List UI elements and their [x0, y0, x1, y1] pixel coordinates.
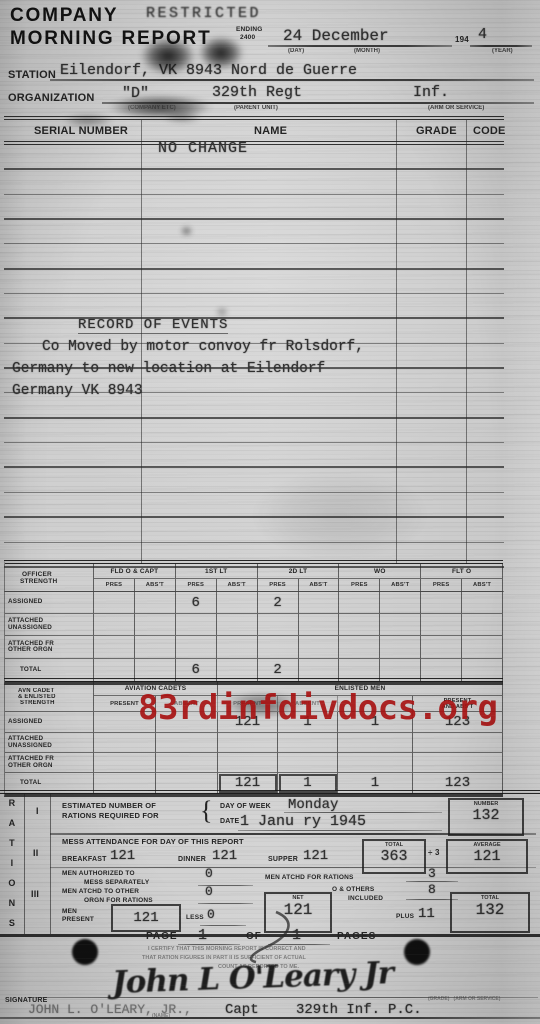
officer-cell [258, 614, 299, 636]
watermark-text: 83rdinfdivdocs.org [138, 688, 497, 728]
abst-header: ABS'T [135, 579, 176, 592]
date-underline [268, 45, 452, 47]
wo-others-label-l1: O & OTHERS [332, 886, 374, 893]
month-caption: (MONTH) [354, 48, 380, 54]
pres-header: PRES [339, 579, 380, 592]
rations-letter: O [8, 878, 15, 888]
average-box: AVERAGE 121 [446, 839, 528, 874]
officer-cell [217, 636, 258, 659]
officer-cell [176, 614, 217, 636]
scan-shadow [250, 470, 430, 560]
date-underline2 [238, 830, 442, 831]
atchd-rations-label: MEN ATCHD FOR RATIONS [265, 874, 354, 881]
day-of-week-value: Monday [288, 797, 338, 813]
row-label-attached-unassigned: ATTACHED UNASSIGNED [5, 733, 94, 753]
cadet-cell [218, 733, 278, 753]
ink-smudge [140, 37, 196, 75]
officer-cell [380, 592, 421, 614]
cadet-header-l3: STRENGTH [20, 700, 55, 706]
pages-label: PAGES [337, 931, 376, 942]
form-title-line1: COMPANY [10, 5, 118, 27]
officer-cell: 6 [176, 592, 217, 614]
row-label-text: OTHER ORGN [8, 763, 53, 770]
plus-value: 11 [418, 906, 435, 922]
officer-cell [339, 614, 380, 636]
part-i-numeral: I [36, 806, 39, 816]
cadet-cell [338, 733, 413, 753]
abst-header: ABS'T [299, 579, 340, 592]
row-label-text: UNASSIGNED [8, 625, 52, 632]
officer-cell [421, 592, 462, 614]
wo-others-label-l2: INCLUDED [348, 895, 383, 902]
atchd-rations-value: 3 [428, 866, 436, 881]
cadet-cell [94, 733, 156, 753]
officer-strength-header-l2: STRENGTH [20, 578, 57, 585]
year-prefix: 194 [455, 35, 469, 44]
plus-label: PLUS [396, 913, 414, 920]
rations-divider [24, 794, 25, 934]
rations-letter: A [9, 818, 16, 828]
mess-sep-label-l1: MEN AUTHORIZED TO [62, 870, 135, 877]
year-underline [470, 45, 532, 47]
officer-cell [217, 592, 258, 614]
officer-cell [94, 636, 135, 659]
less-value: 0 [207, 907, 215, 922]
pres-header: PRES [421, 579, 462, 592]
roster-divider [466, 120, 467, 564]
cadet-cell [218, 753, 278, 773]
rations-side-label: R A T I O N S [3, 798, 21, 928]
officer-strength-table: OFFICER STRENGTH FLD O & CAPT 1ST LT 2D … [4, 560, 503, 685]
number-box: NUMBER 132 [448, 798, 524, 836]
part-iii-numeral: III [31, 889, 39, 899]
row-label-attached-fr-other: ATTACHED FR OTHER ORGN [5, 753, 94, 773]
atchd-other-label-l1: MEN ATCHD TO OTHER [62, 888, 139, 895]
organization-label: ORGANIZATION [8, 92, 95, 104]
restricted-stamp: RESTRICTED [146, 5, 261, 22]
punch-hole-right [404, 939, 430, 965]
group-header: FLT O [421, 564, 503, 579]
ruled-row [4, 195, 504, 220]
group-header: FLD O & CAPT [94, 564, 176, 579]
officer-cell [380, 614, 421, 636]
cadet-cell [278, 753, 338, 773]
ruled-row [4, 270, 504, 294]
ending-time: 2400 [240, 34, 255, 41]
row-label-assigned: ASSIGNED [5, 592, 94, 614]
rations-letter: I [11, 858, 14, 868]
number-box-value: 132 [472, 807, 499, 824]
morning-report-scan: COMPANY MORNING REPORT RESTRICTED ENDING… [0, 0, 540, 1024]
name-header: NAME [254, 125, 287, 137]
men-present-box: 121 [111, 904, 181, 932]
ruled-row [4, 468, 504, 492]
day-caption: (DAY) [288, 48, 304, 54]
brace-glyph: { [200, 796, 212, 826]
abst-header: ABS'T [380, 579, 421, 592]
roster-entry-no-change: NO CHANGE [158, 140, 248, 157]
mess-sep-label-l2: MESS SEPARATELY [84, 879, 149, 886]
page-label: PAGE [146, 931, 178, 942]
cadet-cell [413, 733, 503, 753]
officer-cell: 2 [258, 592, 299, 614]
pres-header: PRES [94, 579, 135, 592]
abst-header: ABS'T [462, 579, 503, 592]
ink-dot [181, 227, 192, 235]
officer-cell [462, 636, 503, 659]
estimated-label-l2: RATIONS REQUIRED FOR [62, 811, 159, 820]
officer-cell [462, 592, 503, 614]
supper-value: 121 [303, 848, 328, 864]
officer-cell [258, 636, 299, 659]
ink-smudge [62, 114, 114, 127]
officer-cell [135, 592, 176, 614]
wo-others-value: 8 [428, 882, 436, 897]
rations-letter: T [9, 838, 15, 848]
men-present-label-l1: MEN [62, 908, 77, 915]
group-header: 1ST LT [176, 564, 258, 579]
cadet-cell [156, 733, 218, 753]
handwritten-signature: John L O'Leary Jr [111, 955, 393, 1001]
ink-smudge [198, 36, 244, 70]
less-label: LESS [186, 914, 204, 921]
officer-cell [421, 636, 462, 659]
row-label-assigned: ASSIGNED [5, 712, 94, 733]
typed-unit: 329th Inf. [296, 1002, 380, 1018]
code-header: CODE [473, 125, 506, 137]
men-present-value: 121 [133, 910, 158, 926]
cadet-cell [413, 753, 503, 773]
abst-header: ABS'T [217, 579, 258, 592]
typed-suffix: P.C. [388, 1002, 422, 1018]
day-of-week-label: DAY OF WEEK [220, 803, 271, 810]
average-value: 121 [473, 848, 500, 865]
ruled-row [4, 170, 504, 194]
rations-total-value: 132 [476, 901, 505, 919]
mess-sep-value: 0 [205, 866, 213, 881]
row-label-attached-fr-other: ATTACHED FR OTHER ORGN [5, 636, 94, 659]
bottom-edge-line [0, 1017, 540, 1019]
ink-dot [216, 308, 228, 316]
officer-cell [135, 614, 176, 636]
officer-cell [299, 592, 340, 614]
report-date: 24 December [283, 27, 389, 45]
officer-cell [299, 614, 340, 636]
ruled-row [4, 220, 504, 244]
rations-letter: S [9, 918, 15, 928]
officer-cell [176, 636, 217, 659]
ending-label: ENDING [236, 26, 262, 33]
typed-grade: Capt [225, 1002, 259, 1018]
events-line1: Co Moved by motor convoy fr Rolsdorf, [42, 339, 364, 355]
cadet-cell [338, 753, 413, 773]
officer-cell [94, 614, 135, 636]
group-header: 2D LT [258, 564, 340, 579]
rations-divider [50, 794, 51, 934]
cadet-cell [156, 753, 218, 773]
mess-attendance-label: MESS ATTENDANCE FOR DAY OF THIS REPORT [62, 837, 244, 846]
officer-strength-header: OFFICER STRENGTH [5, 564, 94, 592]
organization-parent: 329th Regt [212, 84, 302, 101]
mess-total-box: TOTAL 363 [362, 839, 426, 874]
officer-cell [94, 592, 135, 614]
station-label: STATION [8, 69, 56, 81]
supper-label: SUPPER [268, 856, 298, 863]
cadet-enlisted-header: AVN CADET & ENLISTED STRENGTH [5, 682, 94, 712]
arm-service-caption: (ARM OR SERVICE) [428, 105, 484, 111]
ruled-row [4, 419, 504, 443]
ruled-row [4, 443, 504, 468]
cadet-cell [278, 733, 338, 753]
men-present-label-l2: PRESENT [62, 916, 94, 923]
row-label-text: TOTAL [20, 780, 41, 787]
year-caption: (YEAR) [492, 48, 513, 54]
station-underline [50, 79, 534, 81]
officer-cell [339, 636, 380, 659]
pres-header: PRES [176, 579, 217, 592]
grade-header: GRADE [416, 125, 457, 137]
breakfast-label: BREAKFAST [62, 856, 107, 863]
ruled-row [4, 145, 504, 170]
officer-strength-header-l1: OFFICER [22, 571, 52, 578]
officer-cell [380, 636, 421, 659]
punch-hole-left [72, 939, 98, 965]
organization-arm: Inf. [413, 84, 449, 101]
divide-by-three: ÷ 3 [428, 848, 440, 857]
ink-smudge [162, 112, 202, 123]
dinner-value: 121 [212, 848, 237, 864]
row-label-text: UNASSIGNED [8, 743, 52, 750]
page-number: 1 [198, 927, 207, 944]
officer-cell [339, 592, 380, 614]
cadet-cell [94, 753, 156, 773]
row-label-attached-unassigned: ATTACHED UNASSIGNED [5, 614, 94, 636]
rations-letter: N [9, 898, 16, 908]
rations-letter: R [9, 798, 16, 808]
pres-header: PRES [258, 579, 299, 592]
officer-cell [299, 636, 340, 659]
rations-total-box: TOTAL 132 [450, 892, 530, 933]
date-label: DATE [220, 818, 239, 825]
officer-cell [462, 614, 503, 636]
breakfast-value: 121 [110, 848, 135, 864]
row-label-text: ASSIGNED [8, 719, 43, 726]
mess-total-value: 363 [380, 848, 407, 865]
events-line2: Germany to new location at Eilendorf [12, 361, 325, 377]
parent-unit-caption: (PARENT UNIT) [234, 105, 278, 111]
ruled-row [4, 294, 504, 319]
row-label-text: ASSIGNED [8, 599, 43, 606]
part-ii-numeral: II [33, 848, 38, 858]
events-line3: Germany VK 8943 [12, 383, 143, 399]
dinner-label: DINNER [178, 856, 206, 863]
report-year: 4 [478, 26, 487, 43]
officer-cell [135, 636, 176, 659]
row-label-text: OTHER ORGN [8, 647, 53, 654]
underline [198, 903, 253, 904]
record-of-events-title: RECORD OF EVENTS [78, 317, 228, 334]
row-label-text: TOTAL [20, 667, 41, 674]
grade-arm-caption: (GRADE) (ARM OR SERVICE) [428, 996, 500, 1002]
officer-cell [217, 614, 258, 636]
rations-date-value: 1 Janu ry 1945 [240, 813, 366, 830]
officer-cell [421, 614, 462, 636]
group-header: WO [339, 564, 421, 579]
atchd-other-label-l2: ORGN FOR RATIONS [84, 897, 153, 904]
atchd-other-value: 0 [205, 884, 213, 899]
estimated-label-l1: ESTIMATED NUMBER OF [62, 801, 156, 810]
ruled-row [4, 244, 504, 269]
